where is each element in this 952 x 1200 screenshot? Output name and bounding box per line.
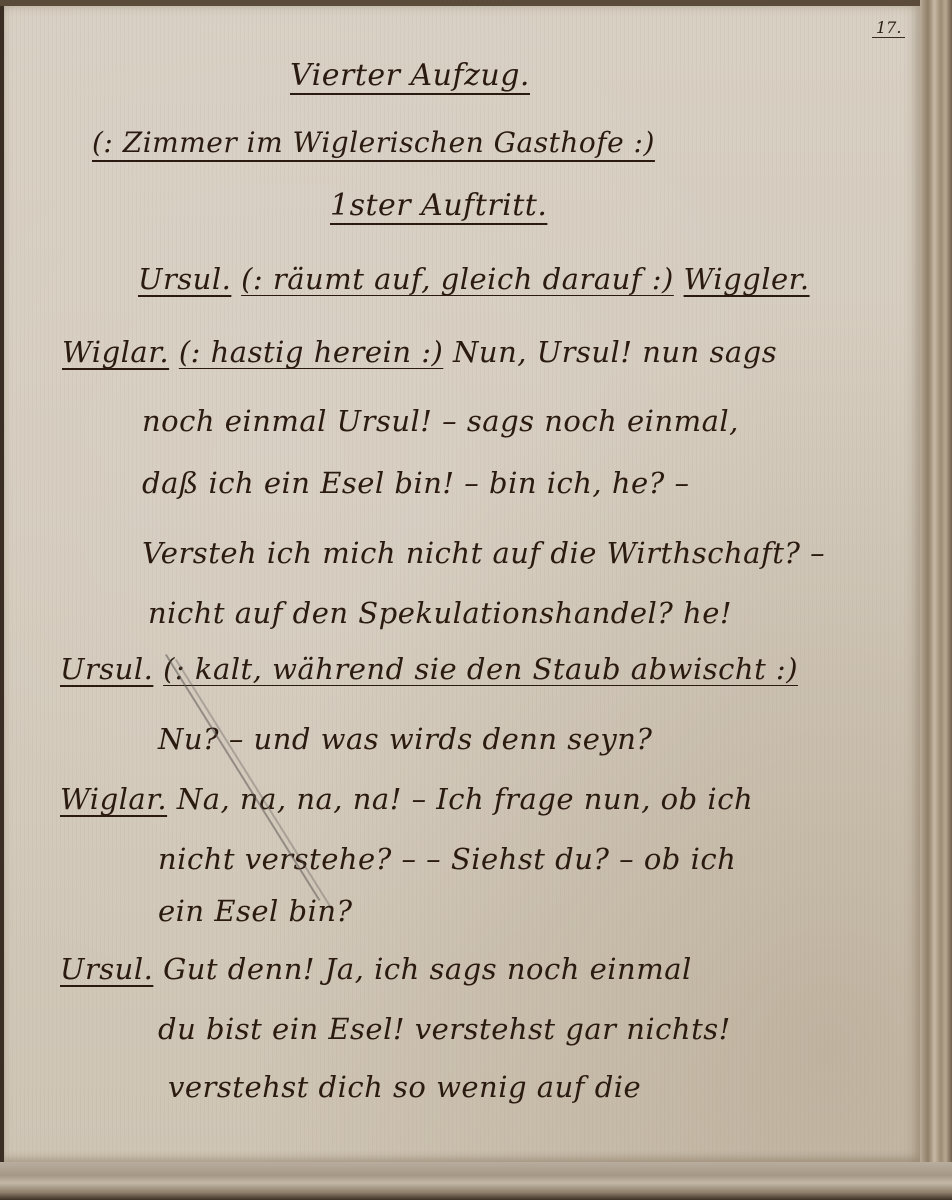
manuscript-page xyxy=(4,6,920,1162)
speaker-name: Wiggler. xyxy=(684,262,810,296)
speech-line: daß ich ein Esel bin! – bin ich, he? – xyxy=(142,466,689,500)
book-fore-edge xyxy=(920,0,952,1200)
speech-line: Versteh ich mich nicht auf die Wirthscha… xyxy=(142,536,825,570)
speech-line: Ursul. (: kalt, während sie den Staub ab… xyxy=(60,652,798,686)
speech-text: Nun, Ursul! nun sags xyxy=(453,335,777,369)
setting-direction: (: Zimmer im Wiglerischen Gasthofe :) xyxy=(92,126,655,159)
stage-direction: (: räumt auf, gleich darauf :) xyxy=(241,262,674,296)
speaker-name: Ursul. xyxy=(60,652,153,686)
scene-title: 1ster Auftritt. xyxy=(330,188,547,223)
speaker-name: Ursul. xyxy=(60,952,153,986)
speaker-name: Wiglar. xyxy=(62,335,169,369)
speech-line: Ursul. Gut denn! Ja, ich sags noch einma… xyxy=(60,952,692,986)
speaker-name: Wiglar. xyxy=(60,782,167,816)
act-title: Vierter Aufzug. xyxy=(290,58,530,93)
speech-text: Gut denn! Ja, ich sags noch einmal xyxy=(163,952,692,986)
speech-line: nicht verstehe? – – Siehst du? – ob ich xyxy=(158,842,736,876)
speech-line: Wiglar. Na, na, na, na! – Ich frage nun,… xyxy=(60,782,753,816)
speech-line: nicht auf den Spekulationshandel? he! xyxy=(148,596,732,630)
speech-line: noch einmal Ursul! – sags noch einmal, xyxy=(142,404,739,438)
speech-line: Wiglar. (: hastig herein :) Nun, Ursul! … xyxy=(62,335,777,369)
page-number: 17. xyxy=(872,18,905,38)
speech-line: du bist ein Esel! verstehst gar nichts! xyxy=(158,1012,731,1046)
speaker-name: Ursul. xyxy=(138,262,231,296)
stage-direction: (: kalt, während sie den Staub abwischt … xyxy=(163,652,798,686)
speech-line: verstehst dich so wenig auf die xyxy=(168,1070,641,1104)
stage-direction: (: hastig herein :) xyxy=(179,335,443,369)
speech-line: Ursul. (: räumt auf, gleich darauf :) Wi… xyxy=(138,262,810,296)
book-bottom-edge xyxy=(0,1162,952,1200)
